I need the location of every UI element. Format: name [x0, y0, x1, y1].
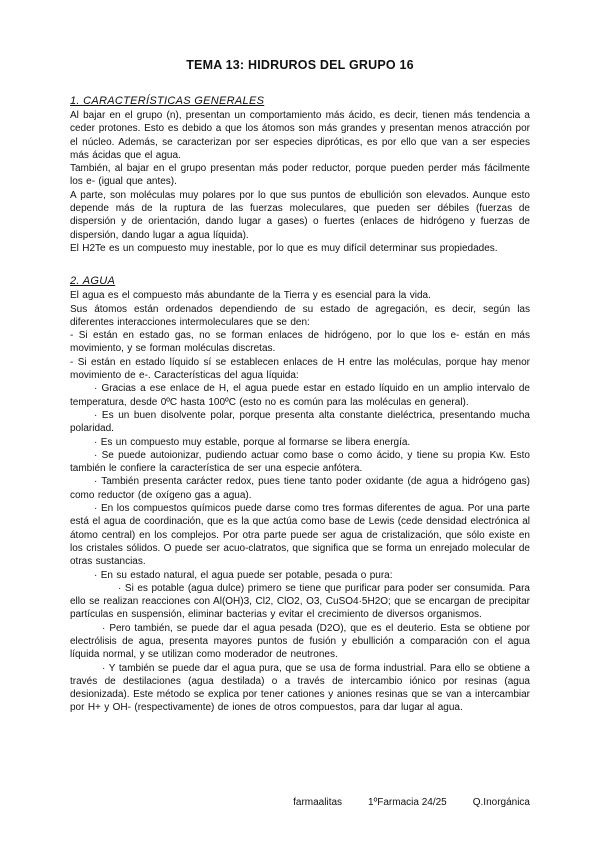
paragraph: - Si están en estado gas, no se forman e…	[70, 329, 530, 356]
paragraph: · Es un buen disolvente polar, porque pr…	[70, 409, 530, 436]
document-body: 1. CARACTERÍSTICAS GENERALESAl bajar en …	[70, 94, 530, 715]
section-2: 2. AGUAEl agua es el compuesto más abund…	[70, 274, 530, 715]
document-title: TEMA 13: HIDRUROS DEL GRUPO 16	[70, 58, 530, 73]
paragraph: · En su estado natural, el agua puede se…	[70, 569, 530, 582]
paragraph: · Y también se puede dar el agua pura, q…	[70, 662, 530, 715]
paragraph: · Se puede autoionizar, pudiendo actuar …	[70, 449, 530, 476]
document-page: TEMA 13: HIDRUROS DEL GRUPO 16 1. CARACT…	[0, 0, 600, 848]
footer-course: 1ºFarmacia 24/25	[368, 796, 447, 809]
paragraph: · Si es potable (agua dulce) primero se …	[70, 582, 530, 622]
section-heading: 2. AGUA	[70, 274, 530, 288]
paragraph: Sus átomos están ordenados dependiendo d…	[70, 303, 530, 330]
paragraph: Al bajar en el grupo (n), presentan un c…	[70, 109, 530, 162]
footer-subject: Q.Inorgánica	[473, 796, 530, 809]
paragraph: El agua es el compuesto más abundante de…	[70, 289, 530, 302]
section-heading: 1. CARACTERÍSTICAS GENERALES	[70, 94, 530, 108]
paragraph: A parte, son moléculas muy polares por l…	[70, 189, 530, 242]
paragraph: El H2Te es un compuesto muy inestable, p…	[70, 242, 530, 255]
paragraph: · También presenta carácter redox, pues …	[70, 475, 530, 502]
paragraph: También, al bajar en el grupo presentan …	[70, 162, 530, 189]
paragraph: · En los compuestos químicos puede darse…	[70, 502, 530, 568]
paragraph: - Si están en estado líquido sí se estab…	[70, 356, 530, 383]
paragraph: · Es un compuesto muy estable, porque al…	[70, 436, 530, 449]
paragraph: · Gracias a ese enlace de H, el agua pue…	[70, 382, 530, 409]
page-footer: farmaalitas 1ºFarmacia 24/25 Q.Inorgánic…	[293, 796, 530, 809]
paragraph: · Pero también, se puede dar el agua pes…	[70, 622, 530, 662]
section-1: 1. CARACTERÍSTICAS GENERALESAl bajar en …	[70, 94, 530, 255]
footer-author: farmaalitas	[293, 796, 342, 809]
